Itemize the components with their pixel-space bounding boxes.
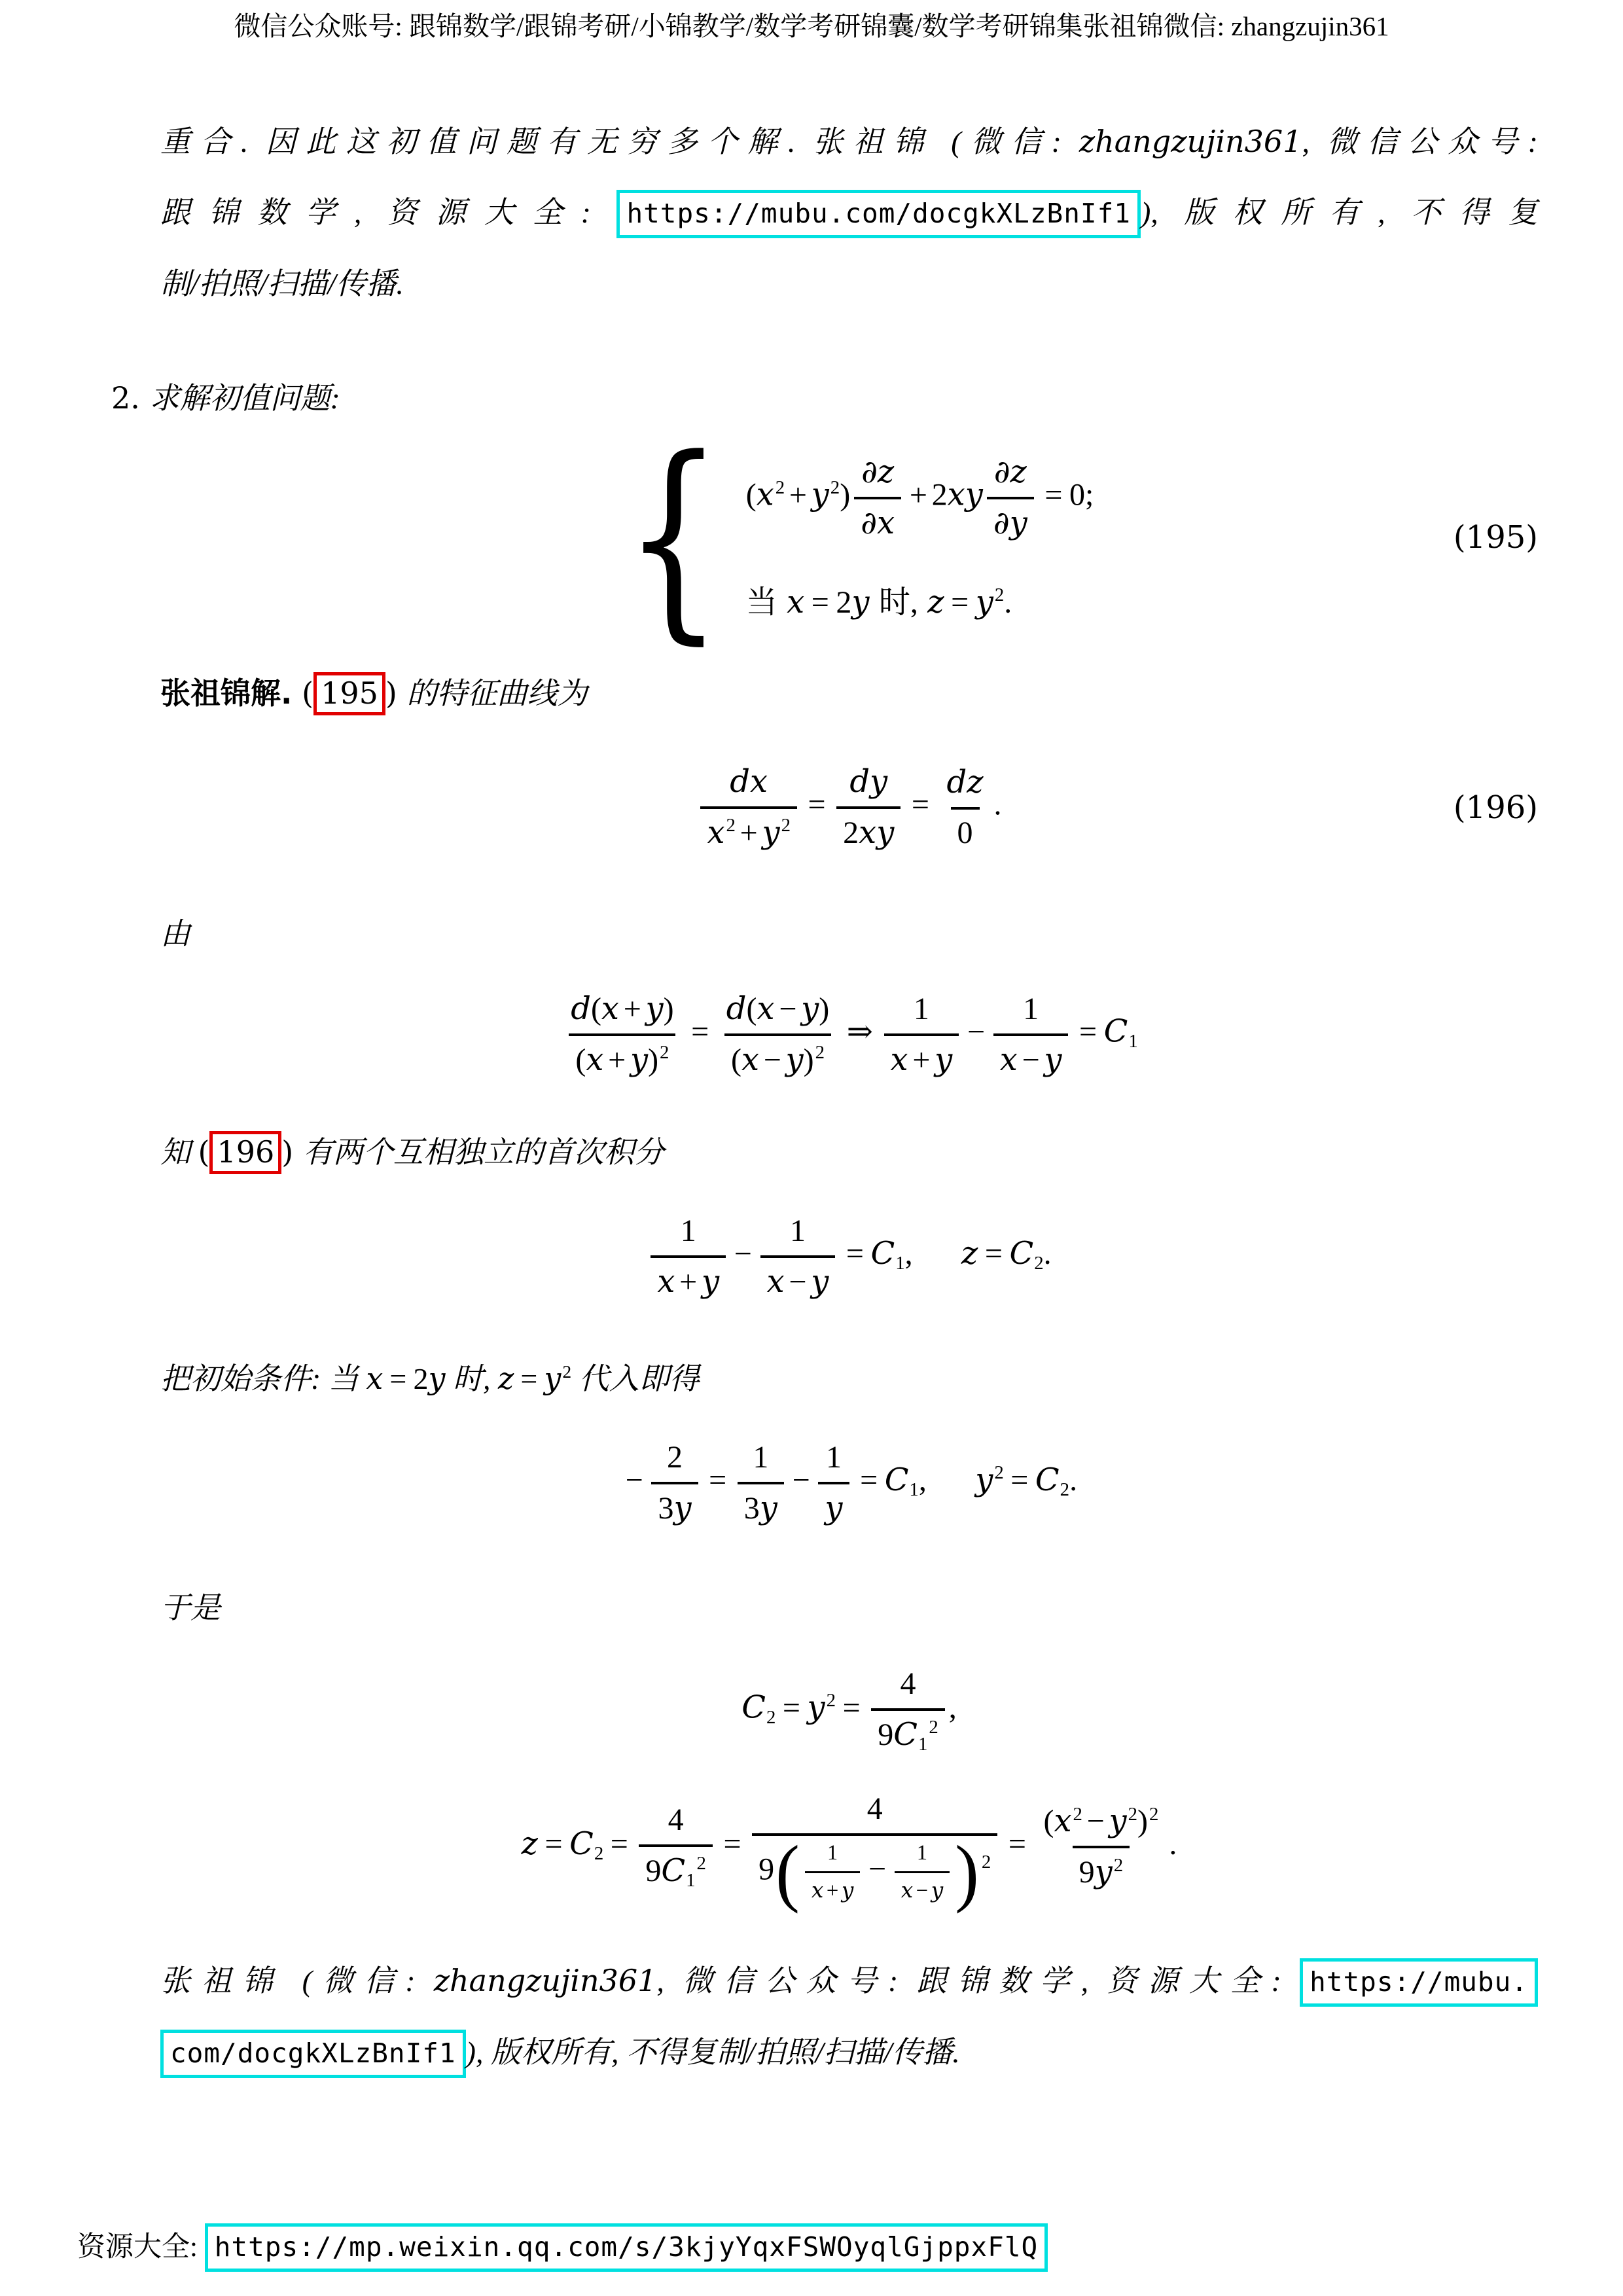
- page-footer: 资源大全: https://mp.weixin.qq.com/s/3kjyYqx…: [77, 2225, 1048, 2265]
- equation-substitution: −23y=13y−1y=C1,y2=C2.: [160, 1429, 1538, 1537]
- connector-you: 由: [160, 899, 1538, 969]
- paragraph-copyright-bottom: 张祖锦 (微信: zhangzujin361, 微信公众号: 跟锦数学, 资源大…: [160, 1945, 1538, 2089]
- text-segment: ): [281, 1134, 303, 1170]
- equation-first-integrals: 1x+y−1x−y=C1,z=C2.: [160, 1202, 1538, 1311]
- text-segment: 于是: [160, 1591, 221, 1624]
- characteristic-equation: dxx2+y2=dy2xy=dz0.: [696, 762, 1001, 853]
- text-segment: ): [385, 675, 407, 711]
- footer-link[interactable]: https://mp.weixin.qq.com/s/3kjyYqxFSWOyq…: [205, 2223, 1048, 2272]
- text-segment: zhangzujin361: [1079, 124, 1302, 159]
- text-segment: 代入即得: [571, 1362, 700, 1395]
- equation-tag-195: (195): [1454, 519, 1538, 556]
- text-segment: 有两个互相独立的首次积分: [303, 1136, 664, 1169]
- text-segment: , 微信公众号: 跟锦数学, 资源大全:: [656, 1964, 1300, 1998]
- text-segment: 求解初值问题:: [150, 382, 340, 415]
- text-segment: 把初始条件: 当: [160, 1362, 366, 1395]
- text-segment: 知: [160, 1136, 198, 1169]
- pde-equation: (x2+y2)∂z∂x+2xy∂z∂y=0;: [746, 452, 1094, 543]
- inline-math: x=2y: [366, 1360, 445, 1398]
- equation-tag-196: (196): [1454, 789, 1538, 826]
- text-segment: 制/拍照/扫描/传播.: [160, 267, 404, 300]
- equation-ref-link[interactable]: 195: [313, 672, 385, 715]
- text-segment: ), 版权所有, 不得复: [1141, 196, 1538, 229]
- equation-differential-identity: d(x+y)(x+y)2=d(x−y)(x−y)2⇒1x+y−1x−y=C1: [160, 980, 1538, 1089]
- first-integrals: 1x+y−1x−y=C1,z=C2.: [647, 1211, 1051, 1302]
- text-line: 制/拍照/扫描/传播.: [160, 249, 1538, 319]
- text-segment: 的特征曲线为: [406, 677, 587, 710]
- text-segment: 由: [160, 917, 190, 950]
- know-line: 知 (196) 有两个互相独立的首次积分: [160, 1117, 1538, 1188]
- cases-lines: (x2+y2)∂z∂x+2xy∂z∂y=0; 当x=2y时,z=y2.: [746, 452, 1094, 622]
- initial-condition-line: 把初始条件: 当 x=2y 时, z=y2 代入即得: [160, 1344, 1538, 1414]
- text-segment: (: [198, 1134, 210, 1170]
- link-box[interactable]: https://mubu.: [1300, 1958, 1538, 2007]
- differential-identity: d(x+y)(x+y)2=d(x−y)(x−y)2⇒1x+y−1x−y=C1: [560, 989, 1138, 1080]
- paragraph-copyright-top: 重合. 因此这初值问题有无穷多个解. 张祖锦 (微信: zhangzujin36…: [160, 106, 1538, 319]
- text-line: 跟锦数学, 资源大全: https://mubu.com/docgkXLzBnI…: [160, 177, 1538, 249]
- text-line: com/docgkXLzBnIf1), 版权所有, 不得复制/拍照/扫描/传播.: [160, 2017, 1538, 2089]
- text-segment: 跟锦数学, 资源大全:: [160, 196, 616, 229]
- text-segment: ), 版权所有, 不得复制/拍照/扫描/传播.: [466, 2036, 960, 2069]
- page-header: 微信公众账号: 跟锦数学/跟锦考研/小锦教学/数学考研锦囊/数学考研锦集张祖锦微…: [0, 0, 1623, 43]
- equation-c2: C2=y2=49C12,: [160, 1657, 1538, 1765]
- text-segment: , 微信公众号:: [1302, 125, 1538, 158]
- solution-heading: 张祖锦解. (195) 的特征曲线为: [160, 658, 1538, 729]
- text-segment: 时,: [445, 1362, 498, 1395]
- text-segment: 重合. 因此这初值问题有无穷多个解. 张祖锦 (微信:: [160, 125, 1079, 158]
- initial-condition: 当x=2y时,z=y2.: [746, 583, 1012, 622]
- text-segment: 张祖锦 (微信:: [160, 1964, 434, 1998]
- content-column: 重合. 因此这初值问题有无穷多个解. 张祖锦 (微信: zhangzujin36…: [160, 106, 1538, 2089]
- equation-195: { (x2+y2)∂z∂x+2xy∂z∂y=0; 当x=2y时,z=y2. (1…: [160, 446, 1538, 629]
- c2-value: C2=y2=49C12,: [741, 1664, 957, 1757]
- text-segment: 2.: [111, 380, 150, 416]
- link-box[interactable]: com/docgkXLzBnIf1: [160, 2030, 466, 2078]
- text-segment: 张祖锦解.: [160, 675, 292, 711]
- equation-final-z: z=C2=49C12=49(1x+y−1x−y)2=(x2−y2)29y2.: [160, 1782, 1538, 1912]
- link-box[interactable]: https://mubu.com/docgkXLzBnIf1: [616, 190, 1141, 238]
- text-line: 重合. 因此这初值问题有无穷多个解. 张祖锦 (微信: zhangzujin36…: [160, 106, 1538, 177]
- connector-yushi: 于是: [160, 1573, 1538, 1643]
- text-line: 张祖锦 (微信: zhangzujin361, 微信公众号: 跟锦数学, 资源大…: [160, 1945, 1538, 2017]
- footer-label: 资源大全:: [77, 2232, 198, 2263]
- problem-item-heading: 2. 求解初值问题:: [111, 363, 1538, 434]
- text-segment: zhangzujin361: [434, 1963, 657, 1998]
- document-page: 微信公众账号: 跟锦数学/跟锦考研/小锦教学/数学考研锦囊/数学考研锦集张祖锦微…: [0, 0, 1623, 2296]
- inline-math: z=y2: [498, 1360, 571, 1398]
- text-segment: (: [292, 675, 313, 711]
- substitution-result: −23y=13y−1y=C1,y2=C2.: [621, 1438, 1077, 1528]
- equation-196: dxx2+y2=dy2xy=dz0. (196): [160, 751, 1538, 863]
- equation-ref-link[interactable]: 196: [209, 1131, 281, 1174]
- cases-group: { (x2+y2)∂z∂x+2xy∂z∂y=0; 当x=2y时,z=y2.: [605, 452, 1094, 622]
- final-solution: z=C2=49C12=49(1x+y−1x−y)2=(x2−y2)29y2.: [522, 1789, 1177, 1905]
